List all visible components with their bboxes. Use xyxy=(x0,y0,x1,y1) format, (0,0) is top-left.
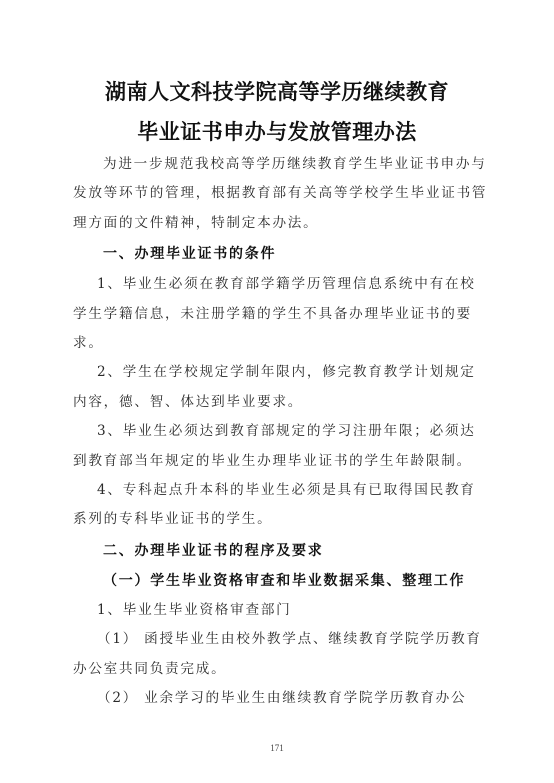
condition-item-3-line: 到教育部当年规定的毕业生办理毕业证书的学生年龄限制。 xyxy=(73,447,475,476)
subsection-heading-review: （一）学生毕业资格审查和毕业数据采集、整理工作 xyxy=(73,567,475,596)
condition-item-2-line: 2、学生在学校规定学制年限内，修完教育教学计划规定 xyxy=(73,358,475,387)
intro-paragraph-line: 理方面的文件精神，特制定本办法。 xyxy=(73,209,475,238)
section-heading-conditions: 一、办理毕业证书的条件 xyxy=(73,238,475,270)
document-title-line-1: 湖南人文科技学院高等学历继续教育 xyxy=(0,76,554,106)
condition-item-1-line: 求。 xyxy=(73,329,475,358)
condition-item-2-line: 内容，德、智、体达到毕业要求。 xyxy=(73,388,475,417)
document-page: 湖南人文科技学院高等学历继续教育 毕业证书申办与发放管理办法 为进一步规范我校高… xyxy=(0,0,554,783)
review-point-1-line: （1） 函授毕业生由校外教学点、继续教育学院学历教育 xyxy=(73,625,475,654)
intro-paragraph-line: 发放等环节的管理，根据教育部有关高等学校学生毕业证书管 xyxy=(73,179,475,208)
condition-item-3-line: 3、毕业生必须达到教育部规定的学习注册年限；必须达 xyxy=(73,417,475,446)
document-title-line-2: 毕业证书申办与发放管理办法 xyxy=(0,116,554,146)
condition-item-4-line: 系列的专科毕业证书的学生。 xyxy=(73,505,475,534)
review-point-2-line: （2） 业余学习的毕业生由继续教育学院学历教育办公 xyxy=(73,684,475,713)
intro-paragraph-line: 为进一步规范我校高等学历继续教育学生毕业证书申办与 xyxy=(73,150,475,179)
condition-item-1-line: 学生学籍信息，未注册学籍的学生不具备办理毕业证书的要 xyxy=(73,300,475,329)
page-number: 171 xyxy=(0,743,554,753)
document-body: 为进一步规范我校高等学历继续教育学生毕业证书申办与 发放等环节的管理，根据教育部… xyxy=(73,150,475,714)
section-heading-procedure: 二、办理毕业证书的程序及要求 xyxy=(73,535,475,567)
condition-item-1-line: 1、毕业生必须在教育部学籍学历管理信息系统中有在校 xyxy=(73,270,475,299)
review-item-1: 1、毕业生毕业资格审查部门 xyxy=(73,596,475,625)
review-point-1-line: 办公室共同负责完成。 xyxy=(73,655,475,684)
condition-item-4-line: 4、专科起点升本科的毕业生必须是具有已取得国民教育 xyxy=(73,476,475,505)
